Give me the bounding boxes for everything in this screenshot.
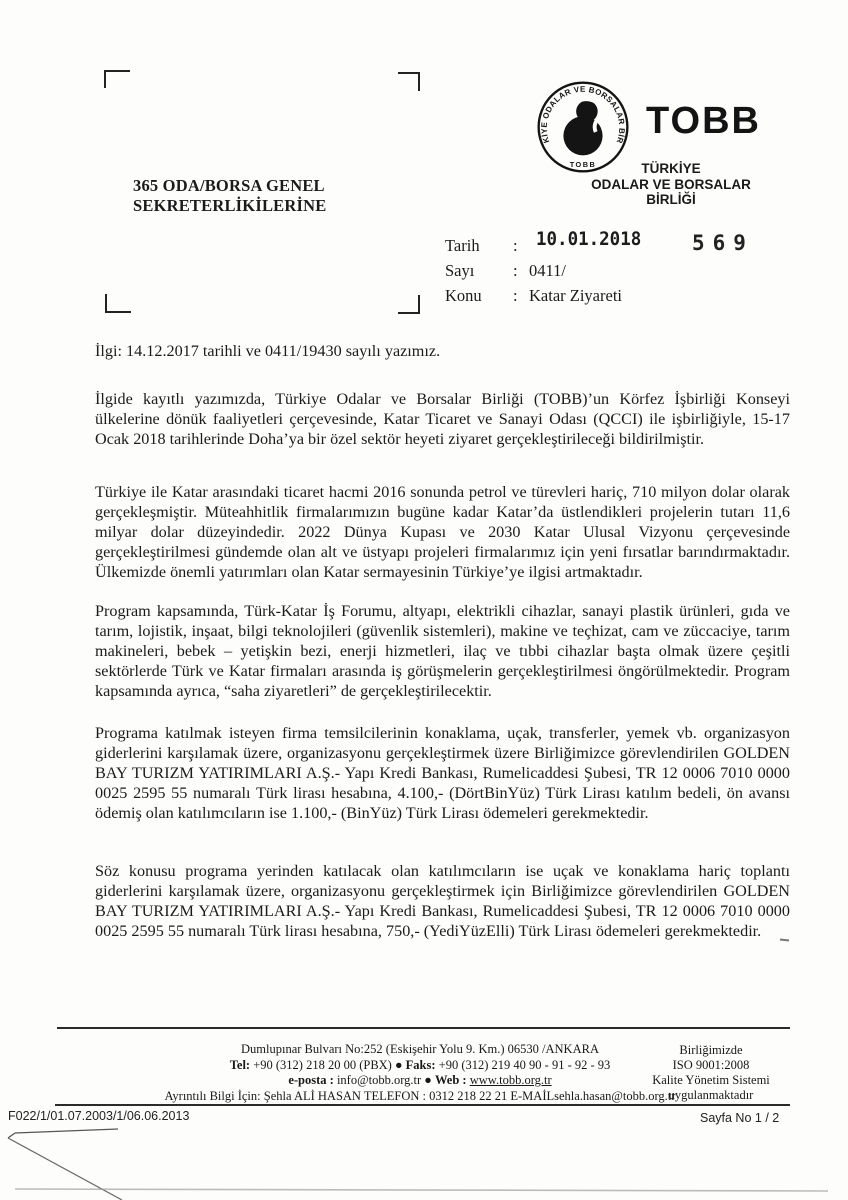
body-paragraph-2: Türkiye ile Katar arasındaki ticaret hac… bbox=[95, 482, 790, 582]
recipient-line2: SEKRETERLİKİLERİNE bbox=[133, 196, 326, 216]
footer-bottom-rule bbox=[55, 1104, 790, 1106]
konu-value: Katar Ziyareti bbox=[529, 286, 622, 306]
sayi-colon: : bbox=[513, 261, 518, 281]
web-label: Web : bbox=[435, 1073, 470, 1087]
tobb-seal-icon: TÜRKİYE ODALAR VE BORSALAR BİRLİĞİ TOBB bbox=[536, 80, 630, 174]
body-paragraph-3: Program kapsamında, Türk-Katar İş Forumu… bbox=[95, 601, 790, 701]
scan-artifact-dash bbox=[780, 939, 789, 942]
body-paragraph-4: Programa katılmak isteyen firma temsilci… bbox=[95, 723, 790, 823]
iso-line3: Kalite Yönetim Sistemi bbox=[645, 1073, 777, 1088]
seal-emblem bbox=[563, 99, 602, 156]
iso-line1: Birliğimizde bbox=[645, 1043, 777, 1058]
corner-mark-bottom-left bbox=[105, 294, 131, 313]
tel-label: Tel: bbox=[230, 1058, 250, 1072]
footer-email-line: e-posta : info@tobb.org.tr ● Web : www.t… bbox=[150, 1073, 690, 1089]
footer-info-line: Ayrıntılı Bilgi İçin: Şehla ALİ HASAN TE… bbox=[150, 1089, 690, 1105]
sayi-value: 0411/ bbox=[529, 261, 566, 281]
footer-address-line: Dumlupınar Bulvarı No:252 (Eskişehir Yol… bbox=[150, 1042, 690, 1058]
eposta-label: e-posta : bbox=[288, 1073, 333, 1087]
scan-artifact-lines bbox=[0, 1120, 848, 1200]
iso-line2: ISO 9001:2008 bbox=[645, 1058, 777, 1073]
sayi-label: Sayı bbox=[445, 261, 474, 281]
recipient-block: 365 ODA/BORSA GENEL SEKRETERLİKİLERİNE bbox=[133, 176, 326, 216]
org-name-block: TÜRKİYE ODALAR VE BORSALAR BİRLİĞİ bbox=[585, 161, 757, 208]
number-stamp: 569 bbox=[692, 231, 754, 255]
konu-colon: : bbox=[513, 286, 518, 306]
corner-mark-top-right bbox=[398, 72, 420, 91]
org-name-line3: BİRLİĞİ bbox=[585, 192, 757, 208]
faks-label: Faks: bbox=[406, 1058, 436, 1072]
corner-mark-top-left bbox=[104, 70, 130, 88]
bullet-icon: ● bbox=[395, 1058, 403, 1072]
footer-contact-block: Dumlupınar Bulvarı No:252 (Eskişehir Yol… bbox=[150, 1042, 690, 1104]
bullet-icon: ● bbox=[424, 1073, 432, 1087]
recipient-line1: 365 ODA/BORSA GENEL bbox=[133, 176, 326, 196]
tarih-colon: : bbox=[513, 236, 518, 256]
body-paragraph-1: İlgide kayıtlı yazımızda, Türkiye Odalar… bbox=[95, 389, 790, 449]
org-name-line1: TÜRKİYE bbox=[585, 161, 757, 177]
iso-certification-block: Birliğimizde ISO 9001:2008 Kalite Yöneti… bbox=[645, 1043, 777, 1103]
tel-value: +90 (312) 218 20 00 (PBX) bbox=[250, 1058, 395, 1072]
eposta-value: info@tobb.org.tr bbox=[334, 1073, 424, 1087]
footer-top-rule bbox=[57, 1027, 790, 1029]
tobb-wordmark: TOBB bbox=[646, 100, 761, 143]
web-url: www.tobb.org.tr bbox=[470, 1073, 552, 1087]
iso-line4: uygulanmaktadır bbox=[645, 1088, 777, 1103]
scanned-letter-page: 365 ODA/BORSA GENEL SEKRETERLİKİLERİNE T… bbox=[0, 0, 848, 1200]
konu-label: Konu bbox=[445, 286, 482, 306]
corner-mark-bottom-right bbox=[398, 295, 420, 314]
footer-phone-line: Tel: +90 (312) 218 20 00 (PBX) ● Faks: +… bbox=[150, 1058, 690, 1074]
body-paragraph-5: Söz konusu programa yerinden katılacak o… bbox=[95, 861, 790, 941]
faks-value: +90 (312) 219 40 90 - 91 - 92 - 93 bbox=[436, 1058, 611, 1072]
ilgi-reference-line: İlgi: 14.12.2017 tarihli ve 0411/19430 s… bbox=[95, 341, 790, 361]
tarih-label: Tarih bbox=[445, 236, 480, 256]
date-stamp: 10.01.2018 bbox=[536, 228, 641, 250]
org-name-line2: ODALAR VE BORSALAR bbox=[585, 177, 757, 193]
